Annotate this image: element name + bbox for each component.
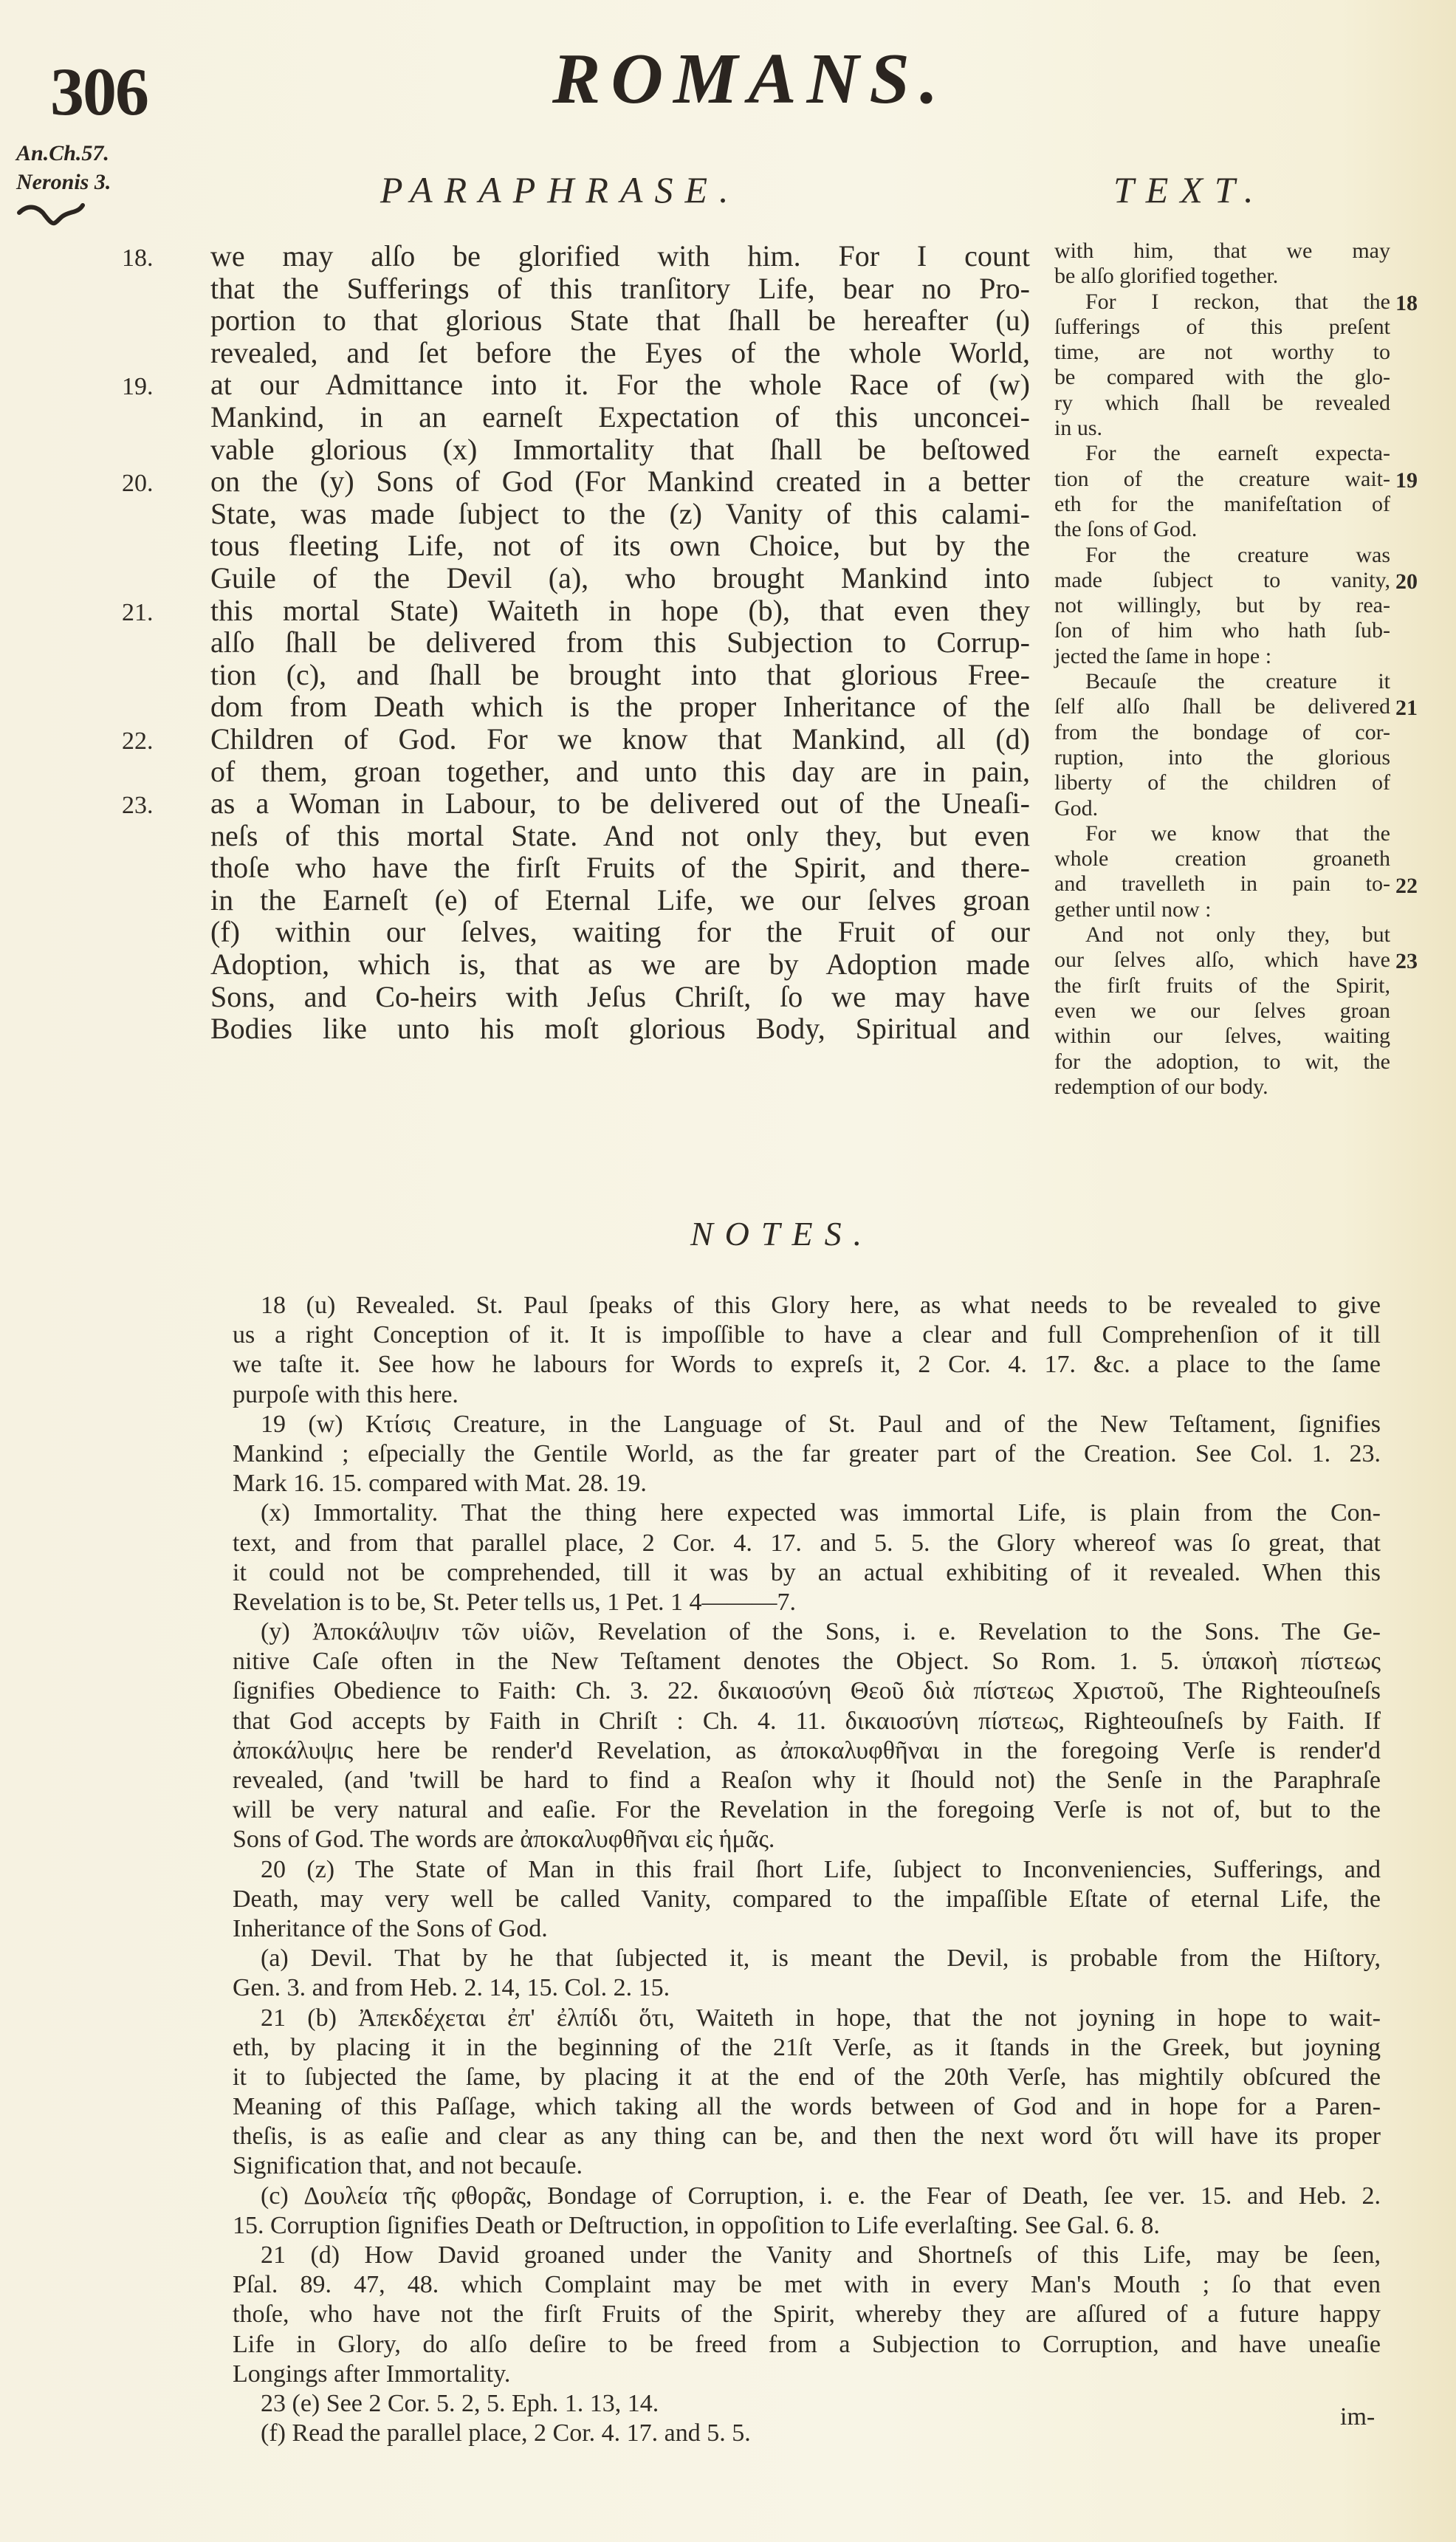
note-line: Revelation is to be, St. Peter tells us,… [233, 1588, 1381, 1617]
text-line: with him, that we may [1054, 239, 1390, 264]
running-title: ROMANS. [552, 43, 948, 115]
paraphrase-line: tous fleeting Life, not of its own Choic… [210, 530, 1030, 562]
margin-date-year: An.Ch.57. [16, 143, 109, 165]
text-verse-number: 23 [1395, 950, 1418, 973]
paraphrase-line: Guile of the Devil (a), who brought Mank… [210, 562, 1030, 595]
text-line: ſelf alſo ſhall be delivered [1054, 694, 1390, 719]
text-verse-number: 22 [1395, 875, 1418, 897]
text-line: made ſubject to vanity, [1054, 568, 1390, 593]
paraphrase-line: we may alſo be glorified with him. For I… [210, 240, 1030, 273]
note-line: 21 (b) Ἀπεκδέχεται ἐπ' ἐλπίδι ὅτι, Waite… [233, 2004, 1381, 2033]
note-line: (a) Devil. That by he that ſubjected it,… [233, 1944, 1381, 1973]
paraphrase-line: Children of God. For we know that Mankin… [210, 723, 1030, 756]
text-line: redemption of our body. [1054, 1075, 1390, 1100]
text-line: liberty of the children of [1054, 770, 1390, 795]
paraphrase-line: at our Admittance into it. For the whole… [210, 369, 1030, 401]
text-line: ſon of him who hath ſub- [1054, 618, 1390, 643]
paraphrase-line: State, was made ſubject to the (z) Vanit… [210, 498, 1030, 530]
text-line: time, are not worthy to [1054, 340, 1390, 365]
text-line: within our ſelves, waiting [1054, 1024, 1390, 1049]
text-line: And not only they, but [1054, 922, 1390, 948]
note-line: nitive Caſe often in the New Teſtament d… [233, 1647, 1381, 1676]
text-line: not willingly, but by rea- [1054, 593, 1390, 618]
paraphrase-line: this mortal State) Waiteth in hope (b), … [210, 595, 1030, 627]
ornament-brace-icon [16, 201, 86, 233]
paraphrase-line: in the Earneſt (e) of Eternal Life, we o… [210, 884, 1030, 917]
note-line: theſis, is as eaſie and clear as any thi… [233, 2122, 1381, 2151]
note-line: Death, may very well be called Vanity, c… [233, 1885, 1381, 1914]
note-line: 20 (z) The State of Man in this frail ſh… [233, 1855, 1381, 1885]
paraphrase-line: neſs of this mortal State. And not only … [210, 820, 1030, 852]
note-line: will be very natural and eaſie. For the … [233, 1795, 1381, 1825]
text-line: the firſt fruits of the Spirit, [1054, 973, 1390, 998]
text-line: in us. [1054, 416, 1390, 441]
text-line: Becauſe the creature it [1054, 669, 1390, 694]
text-line: whole creation groaneth [1054, 846, 1390, 871]
note-line: ἀποκάλυψις here be render'd Revelation, … [233, 1736, 1381, 1766]
text-line: be compared with the glo- [1054, 365, 1390, 390]
text-line: be alſo glorified together. [1054, 264, 1390, 289]
text-line: and travelleth in pain to- [1054, 871, 1390, 897]
text-line: from the bondage of cor- [1054, 720, 1390, 745]
note-line: us a right Conception of it. It is impoſ… [233, 1320, 1381, 1350]
text-line: the ſons of God. [1054, 517, 1390, 542]
paraphrase-column: we may alſo be glorified with him. For I… [210, 240, 1030, 1045]
paraphrase-line: portion to that glorious State that ſhal… [210, 304, 1030, 337]
paraphrase-heading: PARAPHRASE. [380, 171, 741, 208]
paraphrase-line: of them, groan together, and unto this d… [210, 756, 1030, 788]
text-line: For the earneſt expecta- [1054, 441, 1390, 466]
note-line: Mankind ; eſpecially the Gentile World, … [233, 1439, 1381, 1469]
notes-section: 18 (u) Revealed. St. Paul ſpeaks of this… [233, 1291, 1381, 2448]
note-line: it could not be comprehended, till it wa… [233, 1558, 1381, 1588]
paraphrase-line: alſo ſhall be delivered from this Subjec… [210, 626, 1030, 659]
margin-date-reign: Neronis 3. [16, 171, 111, 193]
note-line: text, and from that parallel place, 2 Co… [233, 1529, 1381, 1558]
note-line: it to ſubjected the ſame, by placing it … [233, 2063, 1381, 2092]
note-line: 15. Corruption ſignifies Death or Deſtru… [233, 2211, 1381, 2241]
page-number: 306 [50, 58, 148, 126]
paraphrase-line: tion (c), and ſhall be brought into that… [210, 659, 1030, 691]
paraphrase-line: revealed, and ſet before the Eyes of the… [210, 337, 1030, 369]
text-verse-number: 18 [1395, 292, 1418, 315]
text-line: gether until now : [1054, 897, 1390, 922]
paraphrase-line: on the (y) Sons of God (For Mankind crea… [210, 465, 1030, 498]
paraphrase-verse-number: 21. [122, 600, 154, 626]
paraphrase-line: as a Woman in Labour, to be delivered ou… [210, 787, 1030, 820]
text-heading: TEXT. [1113, 171, 1266, 208]
paraphrase-line: that the Sufferings of this tranſitory L… [210, 273, 1030, 305]
notes-heading: NOTES. [690, 1217, 873, 1251]
note-line: eth, by placing it in the beginning of t… [233, 2033, 1381, 2063]
paraphrase-line: dom from Death which is the proper Inher… [210, 691, 1030, 723]
note-line: purpoſe with this here. [233, 1380, 1381, 1410]
note-line: (y) Ἀποκάλυψιν τῶν υἱῶν, Revelation of t… [233, 1617, 1381, 1647]
paraphrase-line: vable glorious (x) Immortality that ſhal… [210, 434, 1030, 466]
note-line: Signification that, and not becauſe. [233, 2151, 1381, 2181]
text-verse-number: 20 [1395, 571, 1418, 593]
text-line: tion of the creature wait- [1054, 467, 1390, 492]
text-verse-number: 19 [1395, 470, 1418, 492]
paraphrase-line: Sons, and Co-heirs with Jeſus Chriſt, ſo… [210, 981, 1030, 1013]
note-line: 18 (u) Revealed. St. Paul ſpeaks of this… [233, 1291, 1381, 1320]
paraphrase-verse-number: 23. [122, 793, 154, 818]
text-line: God. [1054, 796, 1390, 821]
note-line: Meaning of this Paſſage, which taking al… [233, 2092, 1381, 2122]
note-line: (f) Read the parallel place, 2 Cor. 4. 1… [233, 2419, 1381, 2448]
text-line: ruption, into the glorious [1054, 745, 1390, 770]
text-line: our ſelves alſo, which have [1054, 948, 1390, 973]
note-line: Pſal. 89. 47, 48. which Complaint may be… [233, 2270, 1381, 2300]
note-line: ſignifies Obedience to Faith: Ch. 3. 22.… [233, 1676, 1381, 1706]
note-line: Longings after Immortality. [233, 2360, 1381, 2389]
paraphrase-line: thoſe who have the firſt Fruits of the S… [210, 852, 1030, 884]
note-line: 23 (e) See 2 Cor. 5. 2, 5. Eph. 1. 13, 1… [233, 2389, 1381, 2419]
text-column: with him, that we maybe alſo glorified t… [1054, 239, 1390, 1100]
paraphrase-line: Bodies like unto his moſt glorious Body,… [210, 1013, 1030, 1045]
catchword: im- [1340, 2405, 1375, 2430]
note-line: 19 (w) Κτίσις Creature, in the Language … [233, 1410, 1381, 1439]
note-line: that God accepts by Faith in Chriſt : Ch… [233, 1707, 1381, 1736]
note-line: Sons of God. The words are ἀποκαλυφθῆναι… [233, 1825, 1381, 1854]
note-line: thoſe, who have not the firſt Fruits of … [233, 2300, 1381, 2329]
paraphrase-line: Mankind, in an earneſt Expectation of th… [210, 401, 1030, 434]
paraphrase-line: (f) within our ſelves, waiting for the F… [210, 916, 1030, 948]
note-line: Inheritance of the Sons of God. [233, 1914, 1381, 1944]
note-line: (c) Δουλεία τῆς φθορᾶς, Bondage of Corru… [233, 2182, 1381, 2211]
text-line: eth for the manifeſtation of [1054, 492, 1390, 517]
paraphrase-line: Adoption, which is, that as we are by Ad… [210, 948, 1030, 981]
note-line: Life in Glory, do alſo deſire to be free… [233, 2330, 1381, 2360]
text-line: For I reckon, that the [1054, 290, 1390, 315]
paraphrase-verse-number: 22. [122, 729, 154, 754]
text-verse-number: 21 [1395, 697, 1418, 719]
paraphrase-verse-number: 19. [122, 374, 154, 400]
note-line: 21 (d) How David groaned under the Vanit… [233, 2241, 1381, 2270]
text-line: for the adoption, to wit, the [1054, 1049, 1390, 1075]
note-line: we taſte it. See how he labours for Word… [233, 1350, 1381, 1380]
text-line: ſufferings of this preſent [1054, 315, 1390, 340]
paraphrase-verse-number: 20. [122, 471, 154, 496]
note-line: (x) Immortality. That the thing here exp… [233, 1498, 1381, 1528]
paraphrase-verse-number: 18. [122, 246, 154, 271]
text-line: For the creature was [1054, 543, 1390, 568]
note-line: Gen. 3. and from Heb. 2. 14, 15. Col. 2.… [233, 1973, 1381, 2003]
note-line: Mark 16. 15. compared with Mat. 28. 19. [233, 1469, 1381, 1498]
text-line: For we know that the [1054, 821, 1390, 846]
text-line: jected the ſame in hope : [1054, 644, 1390, 669]
note-line: revealed, (and 'twill be hard to find a … [233, 1766, 1381, 1795]
text-line: even we our ſelves groan [1054, 998, 1390, 1024]
text-line: ry which ſhall be revealed [1054, 391, 1390, 416]
